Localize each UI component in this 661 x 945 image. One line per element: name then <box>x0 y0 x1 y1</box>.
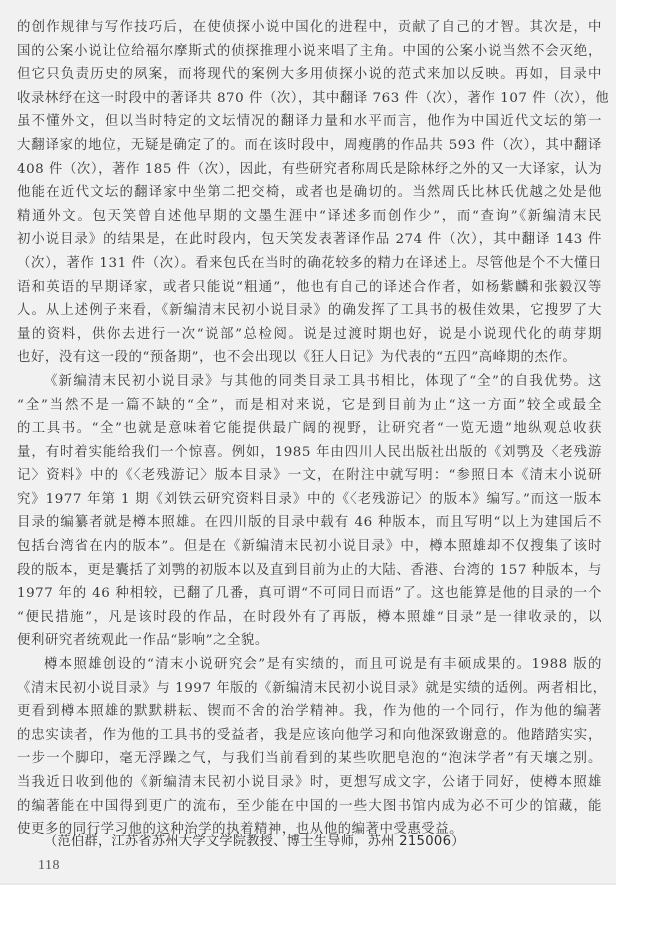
text-line: “便民措施”，凡是该时段的作品，在时段外有了再版，樽本照雄“目录”是一律收录的，… <box>17 606 602 630</box>
text-line: （次），著作 131 件（次）。看来包氏在当时的确花较多的精力在译述上。尽管他是… <box>17 252 602 276</box>
author-affiliation: （范伯群，江苏省苏州大学文学院教授、博士生导师，苏州 215006） <box>44 830 465 849</box>
text-line: 国的公案小说让位给福尔摩斯式的侦探推理小说来唱了主角。中国的公案小说当然不会灭绝… <box>17 40 602 64</box>
text-line: 初小说目录》的结果是，在此时段内，包天笑发表著译作品 274 件（次），其中翻译… <box>17 228 602 252</box>
text-line: 1977 年的 46 种相较，已翻了几番，真可谓“不可同日而语”了。这也能算是他… <box>17 582 602 606</box>
text-line: 但它只负责历史的夙案，而将现代的案例大多用侦探小说的范式来加以反映。再如，目录中 <box>17 63 602 87</box>
text-line: 的忠实读者，作为他的工具书的受益者，我是应该向他学习和向他深致谢意的。他踏踏实实… <box>17 724 602 748</box>
text-line: 人。从上述例子来看，《新编清末民初小说目录》的确发挥了工具书的极佳效果，它搜罗了… <box>17 299 602 323</box>
text-line: 精通外文。包天笑曾自述他早期的文墨生涯中“译述多而创作少”，而“查询”《新编清末… <box>17 205 602 229</box>
article-body: 的创作规律与写作技巧后，在使侦探小说中国化的进程中，贡献了自己的才智。其次是，中… <box>17 16 602 842</box>
text-line: 大翻译家的地位，无疑是确定了的。而在该时段中，周瘦鹃的作品共 593 件（次），… <box>17 134 602 158</box>
text-line: 虽不懂外文，但以当时特定的文坛情况的翻译力量和水平而言，他作为中国近代文坛的第一 <box>17 110 602 134</box>
text-line: 量，有时着实能给我们一个惊喜。例如，1985 年由四川人民出版社出版的《刘鹗及〈… <box>17 441 602 465</box>
text-line: 他能在近代文坛的翻译家中坐第二把交椅，或者也是确切的。当然周氏比林氏优越之处是他 <box>17 181 602 205</box>
text-line: “全”当然不是一篇不缺的“全”，而是相对来说，它是到目前为止“这一方面”较全或最… <box>17 394 602 418</box>
text-line: 408 件（次），著作 185 件（次），因此，有些研究者称周氏是除林纾之外的又… <box>17 158 602 182</box>
text-line: 段的版本，更是囊括了刘鹗的初版本以及直到目前为止的大陆、香港、台湾的 157 种… <box>17 559 602 583</box>
text-line: 便利研究者统观此一作品“影响”之全貌。 <box>17 629 602 653</box>
text-line: 记〉资料》中的《〈老残游记〉版本目录》一文，在附注中就写明：“参照日本《清末小说… <box>17 464 602 488</box>
text-line: 语和英语的早期译家，或者只能说“粗通”，他也有自己的译述合作者，如杨紫麟和张毅汉… <box>17 276 602 300</box>
text-line: 的创作规律与写作技巧后，在使侦探小说中国化的进程中，贡献了自己的才智。其次是，中 <box>17 16 602 40</box>
text-line: 收录林纾在这一时段中的著译共 870 件（次），其中翻译 763 件（次），著作… <box>17 87 602 111</box>
text-line: 《清末民初小说目录》与 1997 年版的《新编清末民初小说目录》就是实绩的适例。… <box>17 677 602 701</box>
document-page: 的创作规律与写作技巧后，在使侦探小说中国化的进程中，贡献了自己的才智。其次是，中… <box>0 0 616 885</box>
text-line: 更看到樽本照雄的默默耕耘、锲而不舍的治学精神。我，作为他的一个同行，作为他的编著 <box>17 700 602 724</box>
text-line: 的编著能在中国得到更广的流布，至少能在中国的一些大图书馆内成为必不可少的馆藏，能 <box>17 795 602 819</box>
text-line: 一步一个脚印，毫无浮躁之气，与我们当前看到的某些吹肥皂泡的“泡沫学者”有天壤之别… <box>17 747 602 771</box>
text-line: 包括台湾省在内的版本”。但是在《新编清末民初小说目录》中，樽本照雄却不仅搜集了该… <box>17 535 602 559</box>
paragraph-start-line: 樽本照雄创设的“清末小说研究会”是有实绩的，而且可说是有丰硕成果的。1988 版… <box>17 653 602 677</box>
page-number: 118 <box>38 858 60 874</box>
text-line: 目录的编纂者就是樽本照雄。在四川版的目录中载有 46 种版本，而且写明“以上为建… <box>17 511 602 535</box>
text-line: 究》1977 年第 1 期《刘铁云研究资料目录》中的《〈老残游记〉的版本》编写。… <box>17 488 602 512</box>
paragraph-start-line: 《新编清末民初小说目录》与其他的同类目录工具书相比，体现了“全”的自我优势。这 <box>17 370 602 394</box>
text-line: 的工具书。“全”也就是意味着它能提供最广阔的视野，让研究者“一览无遗”地纵观总收… <box>17 417 602 441</box>
text-line: 也好，没有这一段的“预备期”，也不会出现以《狂人日记》为代表的“五四”高峰期的杰… <box>17 346 602 370</box>
text-line: 量的资料，供你去进行一次“说部”总检阅。说是过渡时期也好，说是小说现代化的萌芽期 <box>17 323 602 347</box>
text-line: 当我近日收到他的《新编清末民初小说目录》时，更想写成文字，公诸于同好，使樽本照雄 <box>17 771 602 795</box>
